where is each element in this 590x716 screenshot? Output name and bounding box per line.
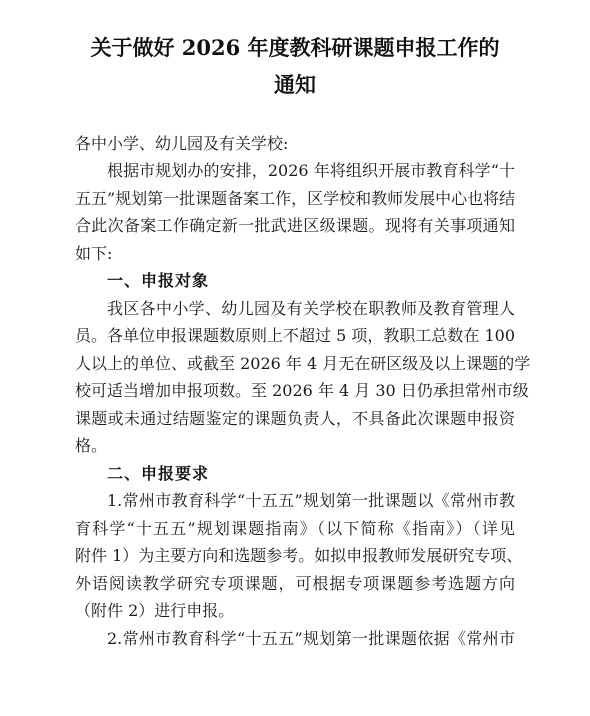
section-2-line-1: 1.常州市教育科学“十五五”规划第一批课题以《常州市教: [107, 490, 515, 512]
intro-line-4: 如下:: [75, 243, 515, 265]
section-1-line-6: 格。: [75, 435, 515, 457]
section-1-line-1: 我区各中小学、幼儿园及有关学校在职教师及教育管理人: [107, 298, 515, 320]
intro-line-1: 根据市规划办的安排，2026 年将组织开展市教育科学“十: [107, 160, 515, 182]
section-2-line-6: 2.常州市教育科学“十五五”规划第一批课题依据《常州市: [107, 628, 515, 650]
section-heading-2: 二、申报要求: [107, 463, 209, 485]
document-title-line-2: 通知: [70, 70, 520, 100]
document-title-line-1: 关于做好 2026 年度教科研课题申报工作的: [70, 33, 520, 63]
section-2-line-3: 附件 1）为主要方向和选题参考。如拟申报教师发展研究专项、: [75, 545, 515, 567]
intro-line-2: 五五”规划第一批课题备案工作，区学校和教师发展中心也将结: [75, 188, 515, 210]
section-2-line-2: 育科学“十五五”规划课题指南》（以下简称《指南》）（详见: [75, 518, 515, 540]
salutation: 各中小学、幼儿园及有关学校:: [75, 133, 515, 155]
section-1-line-3: 人以上的单位、或截至 2026 年 4 月无在研区级及以上课题的学: [75, 353, 515, 375]
document-page: 关于做好 2026 年度教科研课题申报工作的 通知 各中小学、幼儿园及有关学校:…: [0, 0, 590, 716]
section-1-line-4: 校可适当增加申报项数。至 2026 年 4 月 30 日仍承担常州市级: [75, 380, 515, 402]
section-1-line-5: 课题或未通过结题鉴定的课题负责人，不具备此次课题申报资: [75, 408, 515, 430]
section-2-line-4: 外语阅读教学研究专项课题，可根据专项课题参考选题方向: [75, 573, 515, 595]
intro-line-3: 合此次备案工作确定新一批武进区级课题。现将有关事项通知: [75, 215, 515, 237]
section-heading-1: 一、申报对象: [107, 270, 209, 292]
section-1-line-2: 员。各单位申报课题数原则上不超过 5 项，教职工总数在 100: [75, 325, 515, 347]
section-2-line-5: （附件 2）进行申报。: [75, 600, 515, 622]
